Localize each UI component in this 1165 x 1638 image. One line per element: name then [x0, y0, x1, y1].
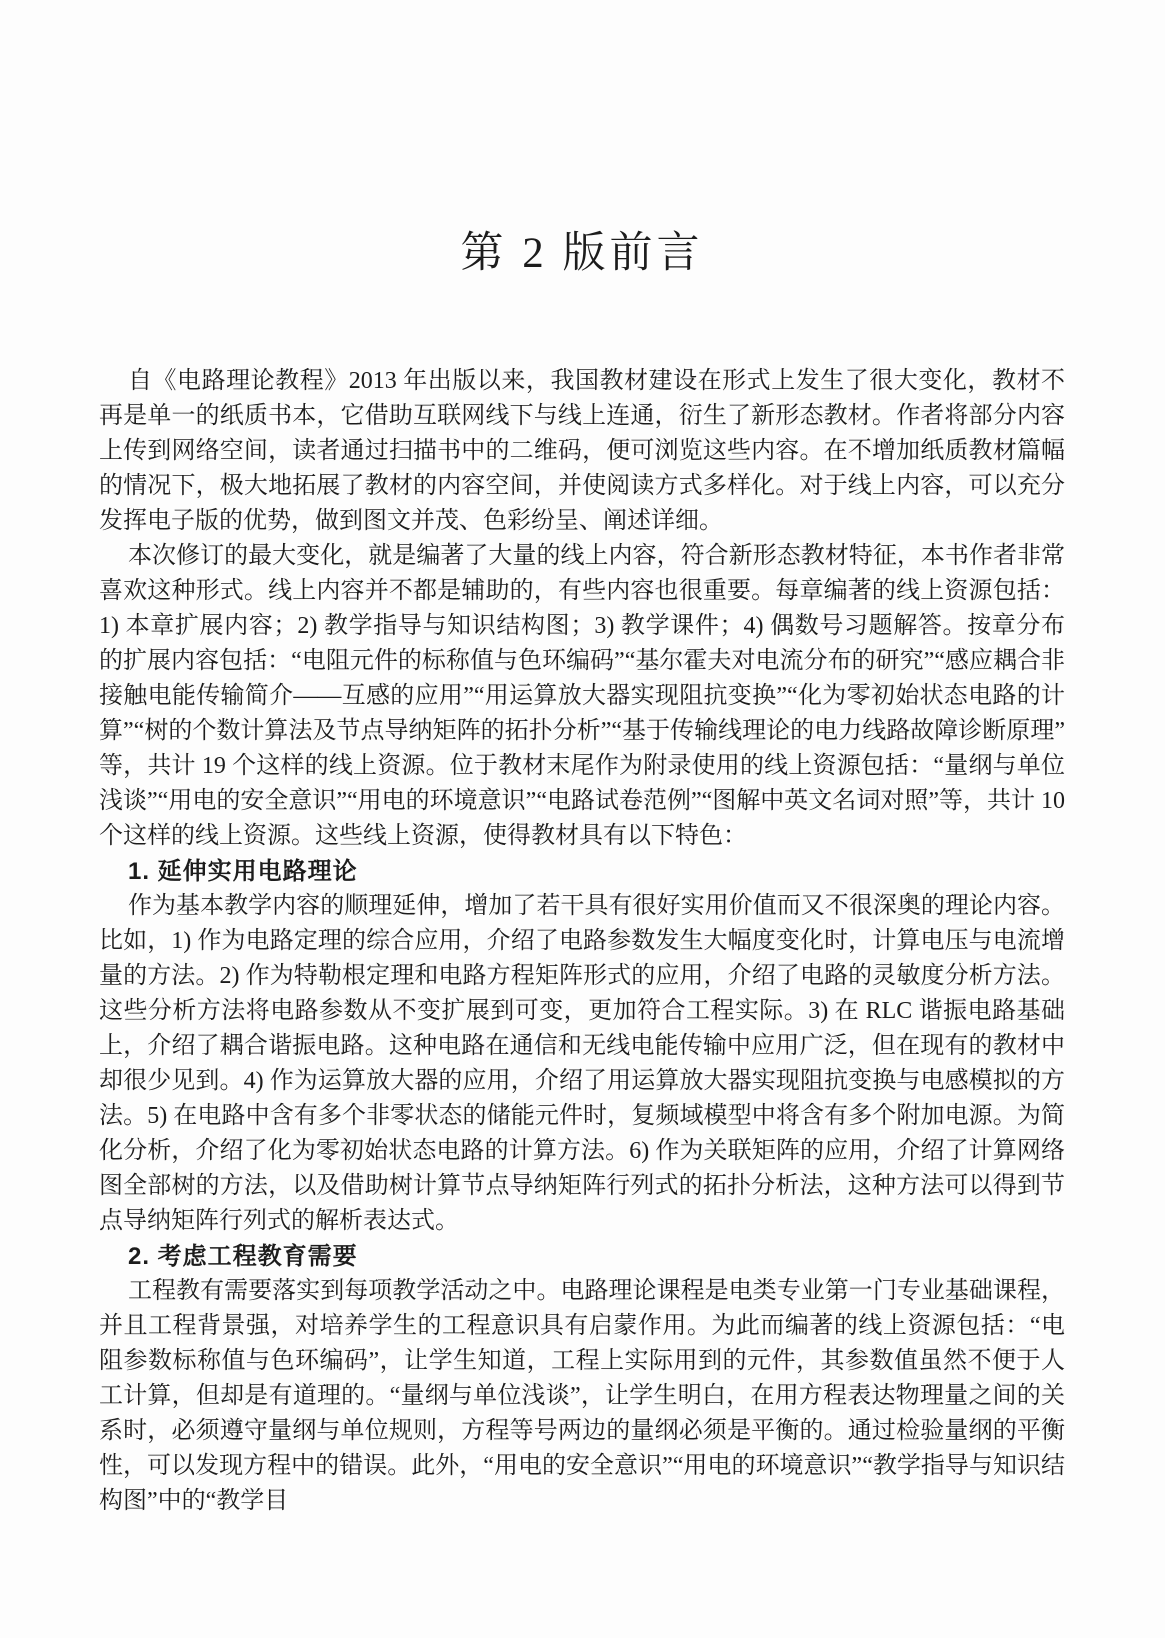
- paragraph-feature-2: 工程教有需要落实到每项教学活动之中。电路理论课程是电类专业第一门专业基础课程，并…: [99, 1274, 1065, 1519]
- page-content: 第 2 版前言 自《电路理论教程》2013 年出版以来，我国教材建设在形式上发生…: [99, 0, 1065, 1519]
- section-heading-2: 2. 考虑工程教育需要: [99, 1239, 1065, 1274]
- section-heading-1: 1. 延伸实用电路理论: [99, 854, 1065, 889]
- document-page: 第 2 版前言 自《电路理论教程》2013 年出版以来，我国教材建设在形式上发生…: [0, 0, 1165, 1638]
- body-text: 自《电路理论教程》2013 年出版以来，我国教材建设在形式上发生了很大变化，教材…: [99, 364, 1065, 1519]
- paragraph-revision-overview: 本次修订的最大变化，就是编著了大量的线上内容，符合新形态教材特征，本书作者非常喜…: [99, 539, 1065, 854]
- paragraph-intro: 自《电路理论教程》2013 年出版以来，我国教材建设在形式上发生了很大变化，教材…: [99, 364, 1065, 539]
- paragraph-feature-1: 作为基本教学内容的顺理延伸，增加了若干具有很好实用价值而又不很深奥的理论内容。比…: [99, 889, 1065, 1239]
- page-title: 第 2 版前言: [99, 228, 1065, 280]
